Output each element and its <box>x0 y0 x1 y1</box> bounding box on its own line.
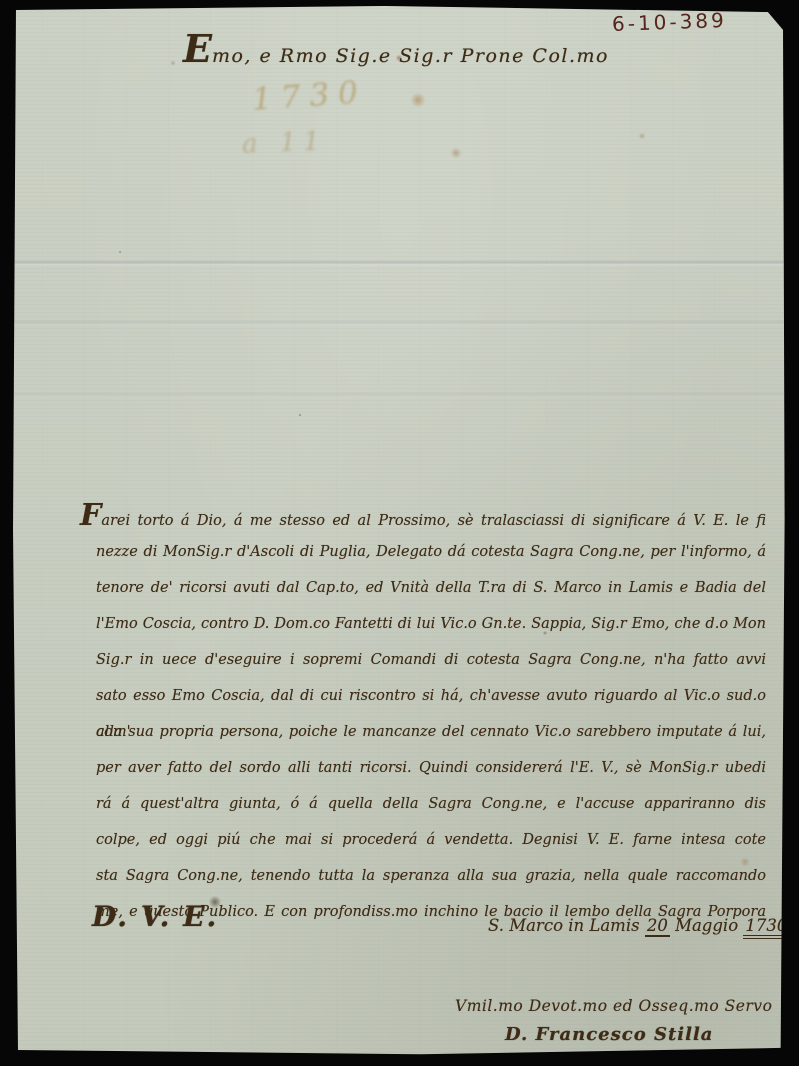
body-line: sta Sagra Cong.ne, tenendo tutta la sper… <box>96 858 766 894</box>
body-line: rá á quest'altra giunta, ó á quella dell… <box>96 786 766 822</box>
body-line: Sig.r in uece d'eseguire i sopremi Coman… <box>96 642 766 678</box>
body-line: per aver fatto del sordo alli tanti rico… <box>96 750 766 786</box>
dateline-year: 1730 <box>743 916 789 939</box>
salutation: Emo, e Rmo Sig.e Sig.r Prone Col.mo <box>183 26 609 71</box>
signature: D. Francesco Stilla <box>505 1024 713 1045</box>
body-line: nezze di MonSig.r d'Ascoli di Puglia, De… <box>96 534 766 570</box>
dateline-place: S. Marco in Lamis <box>488 916 640 935</box>
body-line: alla sua propria persona, poiche le manc… <box>96 714 766 750</box>
body-line: Farei torto á Dio, á me stesso ed al Pro… <box>80 498 766 534</box>
body-line: l'Emo Coscia, contro D. Dom.co Fantetti … <box>96 606 766 642</box>
dateline: S. Marco in Lamis 20 Maggio 1730 <box>488 916 768 935</box>
archival-number: 6-10-389 <box>612 8 728 36</box>
dateline-month: Maggio <box>675 916 738 935</box>
fold-crease <box>14 320 784 326</box>
closing-formula: Vmil.mo Devot.mo ed Osseq.mo Servo <box>455 997 772 1015</box>
ghost-note-bleedthrough: a 11 <box>242 127 328 160</box>
dateline-day: 20 <box>645 916 670 937</box>
fold-crease <box>14 260 784 266</box>
ghost-year-bleedthrough: 1730 <box>251 74 368 118</box>
fold-crease <box>14 392 784 398</box>
manuscript-page: 6-10-389 Emo, e Rmo Sig.e Sig.r Prone Co… <box>0 0 799 1066</box>
body-line: colpe, ed oggi piú che mai si procederá … <box>96 822 766 858</box>
letter-body: Farei torto á Dio, á me stesso ed al Pro… <box>96 498 766 930</box>
body-line: sato esso Emo Coscia, dal di cui riscont… <box>96 678 766 714</box>
body-line: tenore de' ricorsi avuti dal Cap.to, ed … <box>96 570 766 606</box>
valediction-abbreviation: D. V. E. <box>92 900 218 933</box>
